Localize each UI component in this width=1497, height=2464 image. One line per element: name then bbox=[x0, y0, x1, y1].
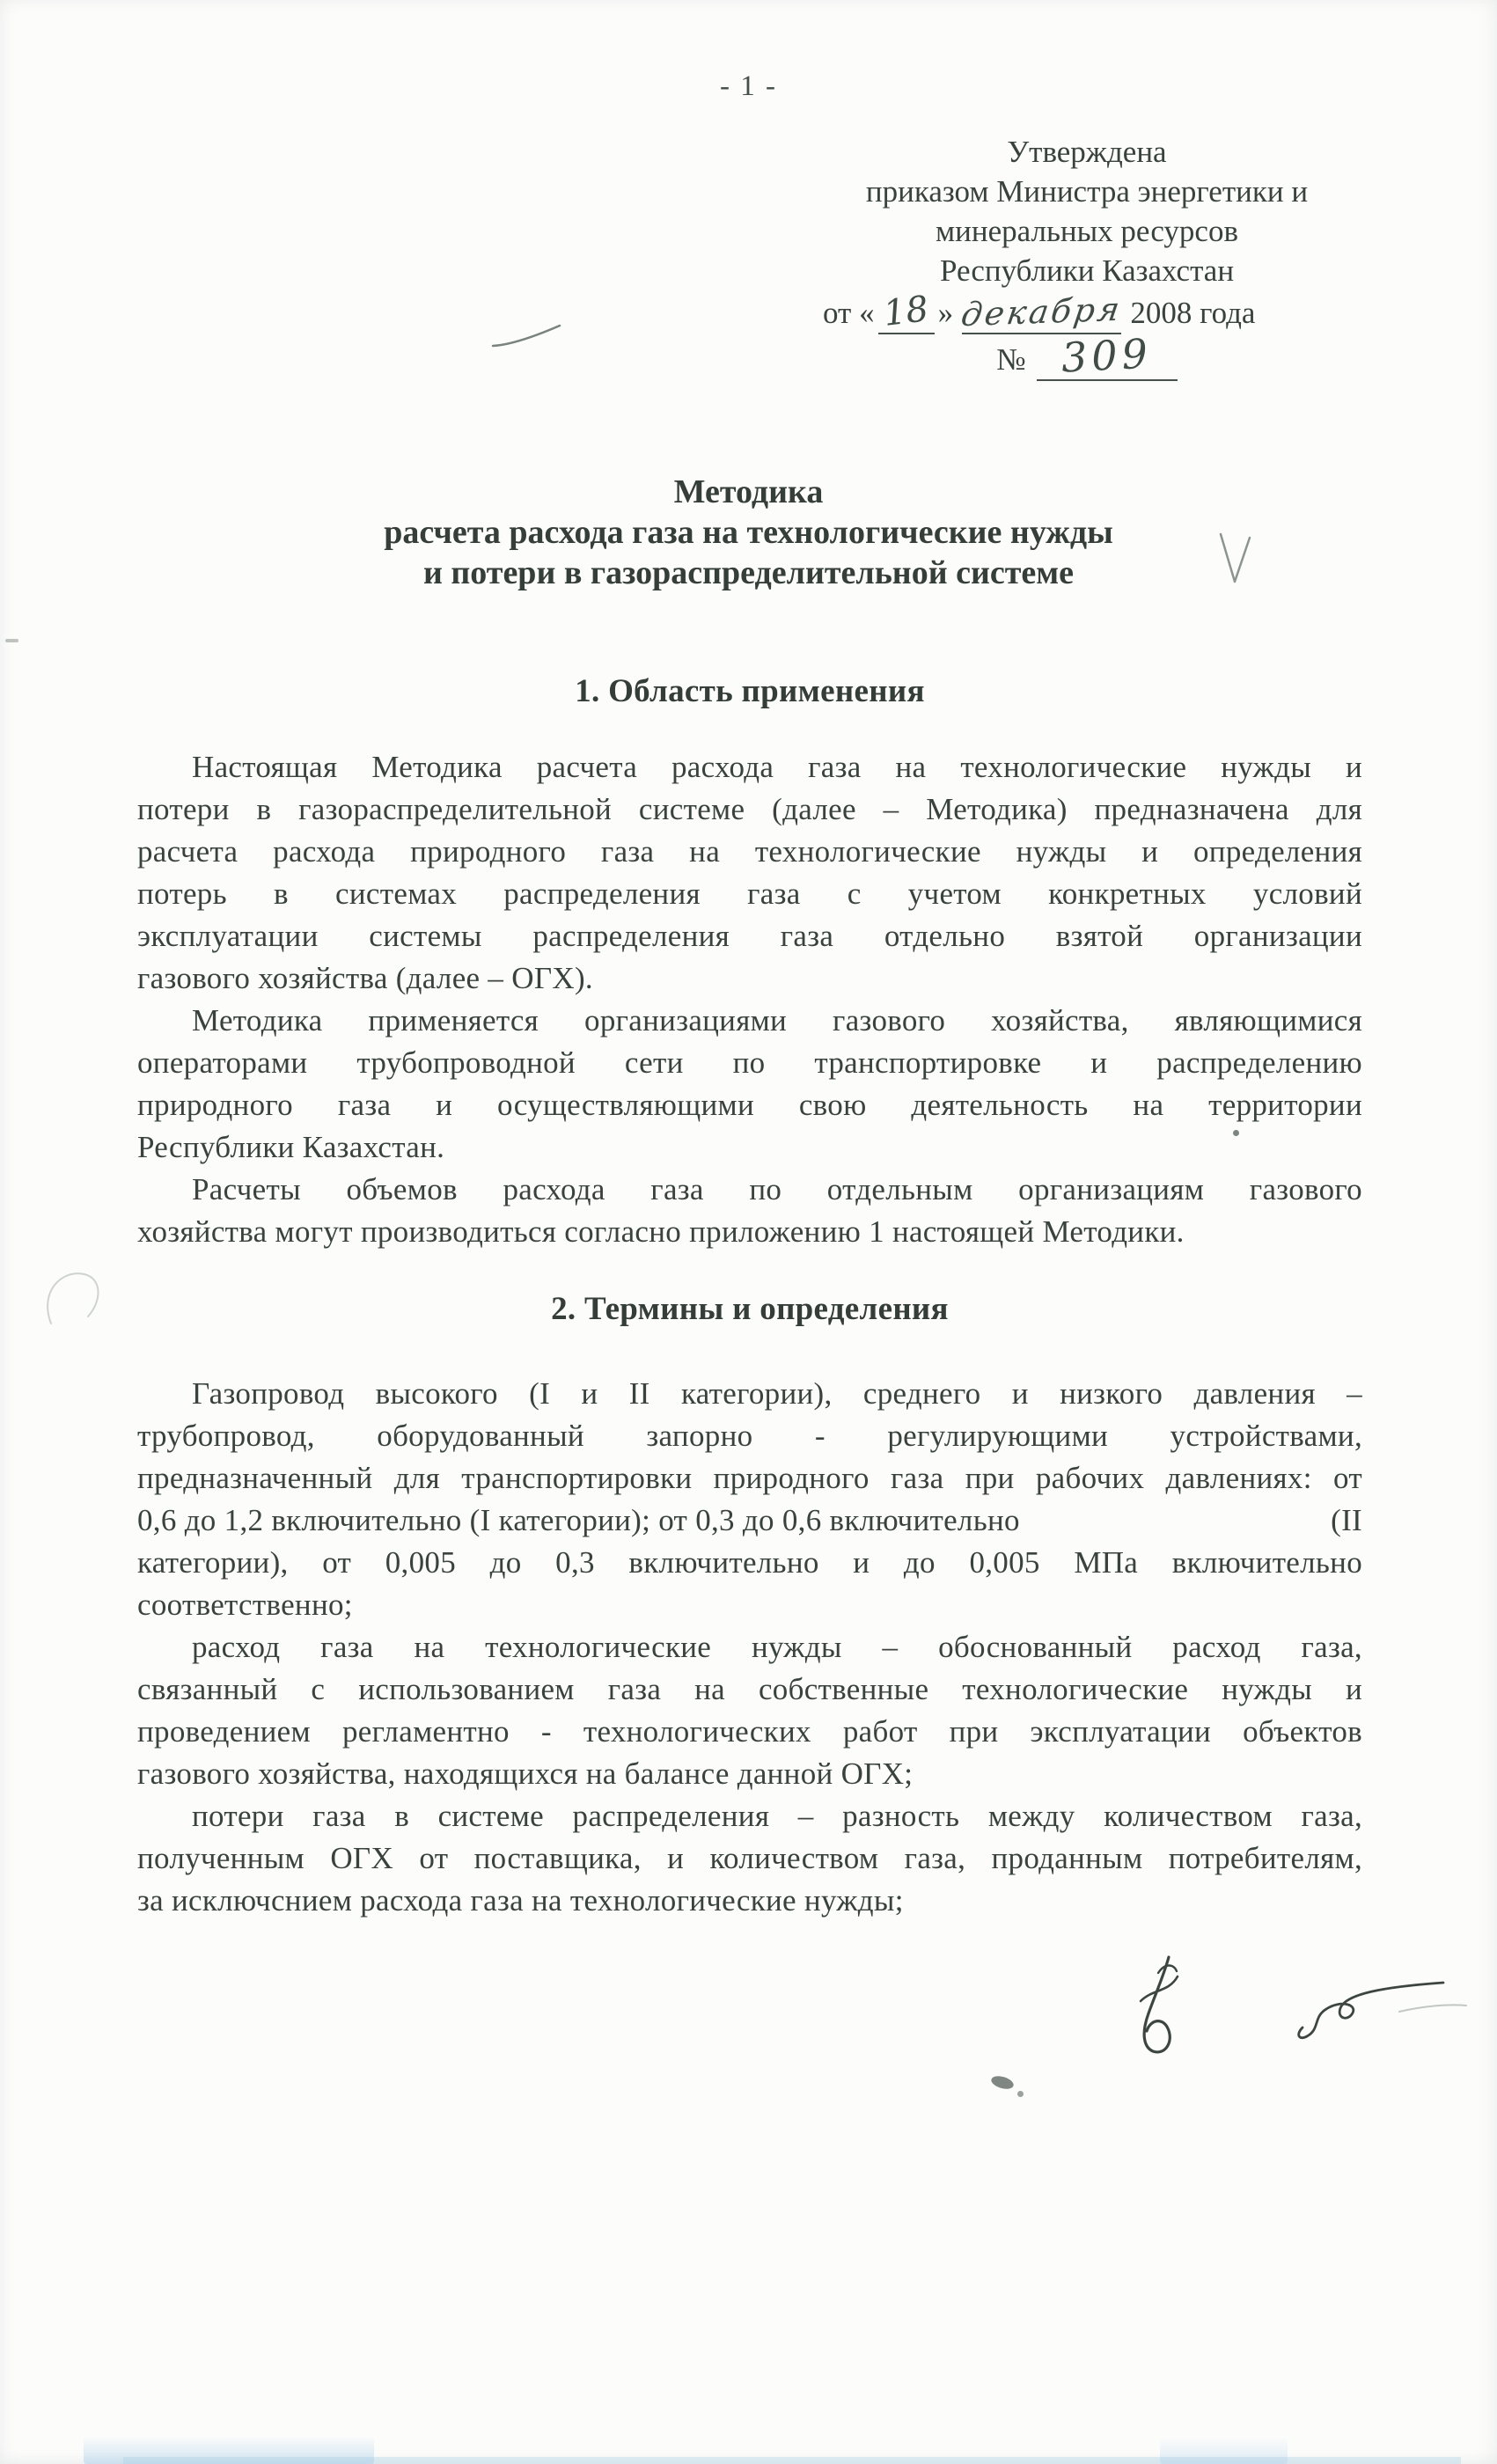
date-year: 2008 года bbox=[1130, 296, 1255, 330]
text-line: категории), от 0,005 до 0,3 включительно… bbox=[137, 1542, 1362, 1584]
scan-artifact-dash bbox=[5, 639, 18, 642]
text-line: расход газа на технологические нужды – о… bbox=[137, 1626, 1362, 1668]
document-body: 1. Область применения Настоящая Методика… bbox=[137, 671, 1362, 1922]
text-line: Республики Казахстан. bbox=[137, 1126, 1362, 1169]
signature-mark bbox=[1294, 1976, 1470, 2045]
scanned-document-page: - 1 - Утверждена приказом Министра энерг… bbox=[0, 0, 1497, 2464]
pen-swoosh-mark bbox=[489, 322, 563, 350]
title-line: и потери в газораспределительной системе bbox=[0, 553, 1497, 593]
title-line: расчета расхода газа на технологические … bbox=[0, 512, 1497, 553]
checkmark-annotation bbox=[1214, 530, 1255, 588]
handwritten-day: 18 bbox=[882, 290, 931, 334]
text-line: потери в газораспределительной системе (… bbox=[137, 788, 1362, 831]
text-line: расчета расхода природного газа на техно… bbox=[137, 831, 1362, 873]
date-prefix: от « bbox=[823, 296, 875, 330]
document-title: Методика расчета расхода газа на техноло… bbox=[0, 472, 1497, 593]
text-line: соответственно; bbox=[137, 1584, 1362, 1626]
approval-date-line: от «18»декабря2008 года bbox=[823, 292, 1351, 334]
text-line: природного газа и осуществляющими свою д… bbox=[137, 1084, 1362, 1126]
handwritten-number: 309 bbox=[1060, 334, 1153, 378]
text-line: операторами трубопроводной сети по транс… bbox=[137, 1042, 1362, 1084]
text-line: потерь в системах распределения газа с у… bbox=[137, 873, 1362, 915]
approval-line: минеральных ресурсов bbox=[823, 211, 1351, 251]
number-label: № bbox=[996, 342, 1025, 377]
text-line: Настоящая Методика расчета расхода газа … bbox=[137, 746, 1362, 788]
text-line: эксплуатации системы распределения газа … bbox=[137, 915, 1362, 957]
text-line: предназначенный для транспортировки прир… bbox=[137, 1457, 1362, 1500]
section-1-heading: 1. Область применения bbox=[137, 671, 1362, 713]
signature-mark bbox=[1128, 1952, 1190, 2059]
title-line: Методика bbox=[0, 472, 1497, 512]
ink-smudge-dot bbox=[1017, 2091, 1024, 2097]
approval-number-line: №309 bbox=[823, 336, 1351, 381]
text-line-right: (II bbox=[1331, 1500, 1362, 1542]
text-line: Методика применяется организациями газов… bbox=[137, 1000, 1362, 1042]
text-line: газового хозяйства (далее – ОГХ). bbox=[137, 957, 1362, 1000]
number-underline: 309 bbox=[1037, 336, 1178, 381]
date-close-quote: » bbox=[938, 296, 954, 330]
approval-line: Республики Казахстан bbox=[823, 251, 1351, 290]
text-line: Газопровод высокого (I и II категории), … bbox=[137, 1373, 1362, 1415]
text-line-left: 0,6 до 1,2 включительно (I категории); о… bbox=[137, 1500, 1020, 1542]
date-month-underline: декабря bbox=[962, 292, 1121, 334]
text-line: газового хозяйства, находящихся на балан… bbox=[137, 1753, 1362, 1795]
text-line: потери газа в системе распределения – ра… bbox=[137, 1795, 1362, 1837]
text-line: полученным ОГХ от поставщика, и количест… bbox=[137, 1837, 1362, 1880]
text-line: Расчеты объемов расхода газа по отдельны… bbox=[137, 1169, 1362, 1211]
date-day-underline: 18 bbox=[878, 292, 935, 334]
text-line: трубопровод, оборудованный запорно - рег… bbox=[137, 1415, 1362, 1457]
text-line: за исключснием расхода газа на технологи… bbox=[137, 1880, 1362, 1922]
scan-artifact-arc bbox=[39, 1265, 107, 1338]
text-line: хозяйства могут производиться согласно п… bbox=[137, 1211, 1362, 1253]
section-2-heading: 2. Термины и определения bbox=[137, 1288, 1362, 1331]
handwritten-month: декабря bbox=[958, 290, 1125, 334]
text-line: 0,6 до 1,2 включительно (I категории); о… bbox=[137, 1500, 1362, 1542]
approval-line: Утверждена bbox=[823, 132, 1351, 172]
text-line: проведением регламентно - технологически… bbox=[137, 1711, 1362, 1753]
page-number: - 1 - bbox=[0, 70, 1497, 103]
scan-edge-artifact bbox=[123, 2457, 1461, 2464]
approval-line: приказом Министра энергетики и bbox=[823, 172, 1351, 211]
ink-smudge bbox=[990, 2074, 1016, 2092]
approval-block: Утверждена приказом Министра энергетики … bbox=[823, 132, 1351, 381]
text-line: связанный с использованием газа на собст… bbox=[137, 1668, 1362, 1711]
